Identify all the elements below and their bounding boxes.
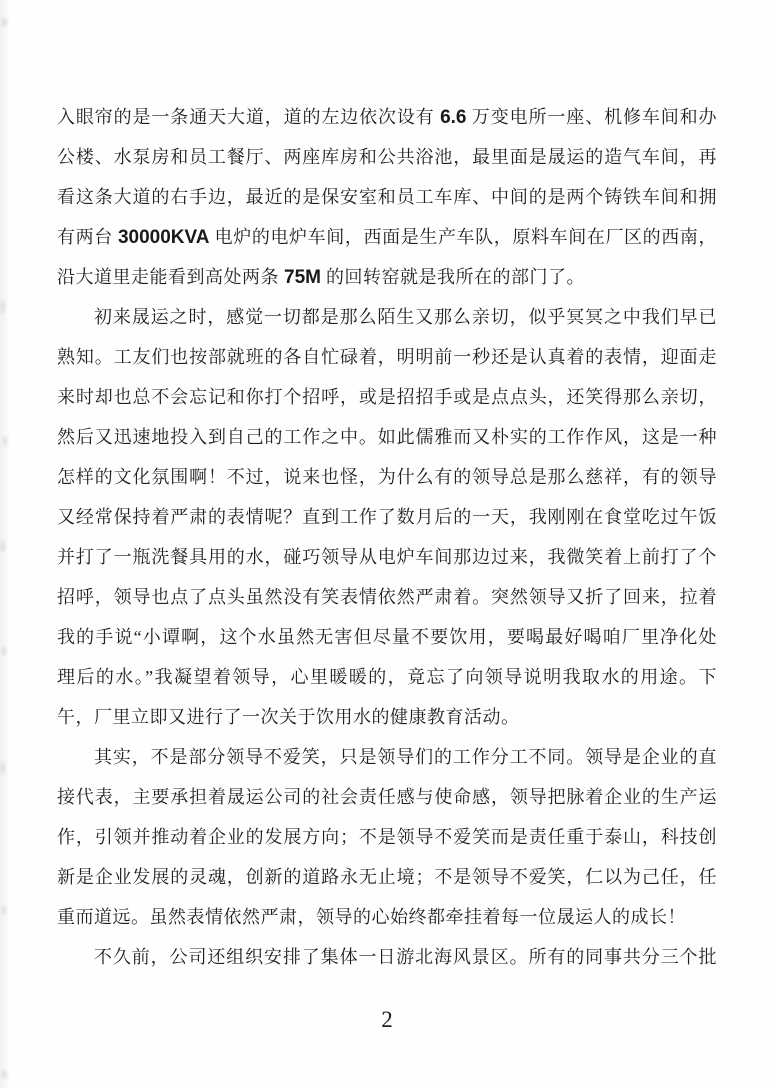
- text-line: 怎样的文化氛围啊！不过，说来也怪，为什么有的领导总是那么慈祥，有的领导: [57, 457, 717, 497]
- text-line: 招呼，领导也点了点头虽然没有笑表情依然严肃着。突然领导又折了回来，拉着: [57, 577, 717, 617]
- text-line: 并打了一瓶洗餐具用的水，碰巧领导从电炉车间那边过来，我微笑着上前打了个: [57, 537, 717, 577]
- paragraph-factory-layout: 入眼帘的是一条通天大道，道的左边依次设有 6.6 万变电所一座、机修车间和办 公…: [57, 97, 717, 297]
- text-line: 入眼帘的是一条通天大道，道的左边依次设有 6.6 万变电所一座、机修车间和办: [57, 97, 717, 137]
- text-line: 重而道远。虽然表情依然严肃，领导的心始终都牵挂着每一位晟运人的成长！: [57, 897, 717, 937]
- paragraph-leaders-responsibility: 其实，不是部分领导不爱笑，只是领导们的工作分工不同。领导是企业的直 接代表，主要…: [57, 737, 717, 937]
- text-line: 初来晟运之时，感觉一切都是那么陌生又那么亲切，似乎冥冥之中我们早已: [57, 297, 717, 337]
- text-line: 来时却也总不会忘记和你打个招呼，或是招招手或是点点头，还笑得那么亲切，: [57, 377, 717, 417]
- text-line: 有两台 30000KVA 电炉的电炉车间，西面是生产车队，原料车间在厂区的西南，: [57, 217, 717, 257]
- scan-edge-shadow: [0, 0, 10, 1088]
- text-line: 新是企业发展的灵魂，创新的道路永无止境；不是领导不爱笑，仁以为己任，任: [57, 857, 717, 897]
- scanned-document-page: 入眼帘的是一条通天大道，道的左边依次设有 6.6 万变电所一座、机修车间和办 公…: [0, 0, 774, 1088]
- page-body-text: 入眼帘的是一条通天大道，道的左边依次设有 6.6 万变电所一座、机修车间和办 公…: [57, 97, 717, 977]
- text-line: 作，引领并推动着企业的发展方向；不是领导不爱笑而是责任重于泰山，科技创: [57, 817, 717, 857]
- scan-smudge: [2, 1070, 7, 1079]
- scan-smudge: [1, 300, 5, 314]
- text-line: 沿大道里走能看到高处两条 75M 的回转窑就是我所在的部门了。: [57, 257, 717, 297]
- text-line: 理后的水。”我凝望着领导，心里暖暖的，竟忘了向领导说明我取水的用途。下: [57, 657, 717, 697]
- text-line: 熟知。工友们也按部就班的各自忙碌着，明明前一秒还是认真着的表情，迎面走: [57, 337, 717, 377]
- text-line: 接代表，主要承担着晟运公司的社会责任感与使命感，领导把脉着企业的生产运: [57, 777, 717, 817]
- text-line: 午，厂里立即又进行了一次关于饮用水的健康教育活动。: [57, 697, 717, 737]
- text-line: 然后又迅速地投入到自己的工作之中。如此儒雅而又朴实的工作作风，这是一种: [57, 417, 717, 457]
- page-number: 2: [0, 1000, 774, 1040]
- text-line: 不久前，公司还组织安排了集体一日游北海风景区。所有的同事共分三个批: [57, 937, 717, 977]
- text-line: 看这条大道的右手边，最近的是保安室和员工车库、中间的是两个铸铁车间和拥: [57, 177, 717, 217]
- scan-smudge: [3, 436, 7, 446]
- paragraph-company-trip: 不久前，公司还组织安排了集体一日游北海风景区。所有的同事共分三个批: [57, 937, 717, 977]
- text-line: 公楼、水泵房和员工餐厅、两座库房和公共浴池，最里面是晟运的造气车间，再: [57, 137, 717, 177]
- scan-smudge: [2, 646, 6, 656]
- scan-smudge: [1, 540, 5, 552]
- text-line: 我的手说“小谭啊，这个水虽然无害但尽量不要饮用，要喝最好喝咱厂里净化处: [57, 617, 717, 657]
- scan-smudge: [2, 18, 7, 27]
- paragraph-first-impressions: 初来晟运之时，感觉一切都是那么陌生又那么亲切，似乎冥冥之中我们早已 熟知。工友们…: [57, 297, 717, 737]
- scan-smudge: [2, 905, 6, 915]
- text-line: 其实，不是部分领导不爱笑，只是领导们的工作分工不同。领导是企业的直: [57, 737, 717, 777]
- text-line: 又经常保持着严肃的表情呢？直到工作了数月后的一天，我刚刚在食堂吃过午饭: [57, 497, 717, 537]
- scan-smudge: [1, 762, 5, 774]
